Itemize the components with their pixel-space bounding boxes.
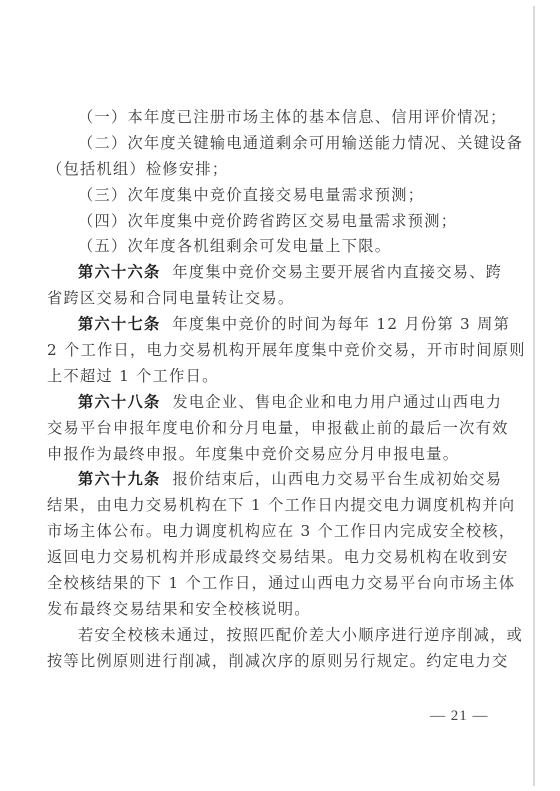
line-text: 报价结束后，山西电力交易平台生成初始交易 [172,470,502,488]
text-line: 省跨区交易和合同电量转让交易。 [47,286,511,312]
line-text: （包括机组）检修安排； [47,160,228,178]
text-line: 发布最终交易结果和安全校核说明。 [47,597,511,623]
text-line: （包括机组）检修安排； [47,157,511,183]
page-edge-divider [533,6,535,786]
text-line: （三）次年度集中竞价直接交易电量需求预测； [47,183,511,209]
text-line: 申报作为最终申报。年度集中竞价交易应分月申报电量。 [47,442,511,468]
article-line: 第六十九条报价结束后，山西电力交易平台生成初始交易 [47,467,511,493]
text-line: 若安全校核未通过，按照匹配价差大小顺序进行逆序削减，或 [47,623,511,649]
text-line: （一）本年度已注册市场主体的基本信息、信用评价情况； [47,105,511,131]
line-text: 省跨区交易和合同电量转让交易。 [47,289,294,307]
document-page: （一）本年度已注册市场主体的基本信息、信用评价情况；（二）次年度关键输电通道剩余… [0,0,533,791]
text-line: 2 个工作日，电力交易机构开展年度集中竞价交易，开市时间原则 [47,338,511,364]
text-line: （二）次年度关键输电通道剩余可用输送能力情况、关键设备 [47,131,511,157]
line-text: 年度集中竞价的时间为每年 12 月份第 3 周第 [172,315,510,333]
line-text: （四）次年度集中竞价跨省跨区交易电量需求预测； [78,212,457,230]
line-text: 结果，由电力交易机构在下 1 个工作日内提交电力调度机构并向 [47,496,515,514]
article-line: 第六十六条年度集中竞价交易主要开展省内直接交易、跨 [47,260,511,286]
line-text: （五）次年度各机组剩余可发电量上下限。 [78,237,391,255]
line-text: （一）本年度已注册市场主体的基本信息、信用评价情况； [78,108,507,126]
line-text: 发布最终交易结果和安全校核说明。 [47,600,311,618]
line-text: 上不超过 1 个工作日。 [47,367,219,385]
line-text: 交易平台申报年度电价和分月电量，申报截止前的最后一次有效 [47,419,509,437]
article-heading: 第六十八条 [78,393,160,411]
text-line: 返回电力交易机构并形成最终交易结果。电力交易机构在收到安 [47,545,511,571]
text-line: 上不超过 1 个工作日。 [47,364,511,390]
line-text: 年度集中竞价交易主要开展省内直接交易、跨 [172,263,502,281]
line-text: 市场主体公布。电力调度机构应在 3 个工作日内完成安全校核， [47,522,515,540]
article-line: 第六十七条年度集中竞价的时间为每年 12 月份第 3 周第 [47,312,511,338]
text-line: 结果，由电力交易机构在下 1 个工作日内提交电力调度机构并向 [47,493,511,519]
line-text: （二）次年度关键输电通道剩余可用输送能力情况、关键设备 [78,134,523,152]
text-line: 全校核结果的下 1 个工作日，通过山西电力交易平台向市场主体 [47,571,511,597]
text-line: 交易平台申报年度电价和分月电量，申报截止前的最后一次有效 [47,416,511,442]
line-text: 申报作为最终申报。年度集中竞价交易应分月申报电量。 [47,445,459,463]
line-text: 若安全校核未通过，按照匹配价差大小顺序进行逆序削减，或 [78,626,523,644]
text-line: （五）次年度各机组剩余可发电量上下限。 [47,234,511,260]
line-text: 全校核结果的下 1 个工作日，通过山西电力交易平台向市场主体 [47,574,515,592]
line-text: 发电企业、售电企业和电力用户通过山西电力 [172,393,502,411]
text-line: （四）次年度集中竞价跨省跨区交易电量需求预测； [47,209,511,235]
line-text: 按等比例原则进行削减，削减次序的原则另行规定。约定电力交 [47,652,509,670]
text-line: 按等比例原则进行削减，削减次序的原则另行规定。约定电力交 [47,649,511,675]
page-number: — 21 — [430,708,489,725]
line-text: 2 个工作日，电力交易机构开展年度集中竞价交易，开市时间原则 [47,341,526,359]
text-line: 市场主体公布。电力调度机构应在 3 个工作日内完成安全校核， [47,519,511,545]
line-text: （三）次年度集中竞价直接交易电量需求预测； [78,186,424,204]
article-line: 第六十八条发电企业、售电企业和电力用户通过山西电力 [47,390,511,416]
article-heading: 第六十七条 [78,315,160,333]
document-body: （一）本年度已注册市场主体的基本信息、信用评价情况；（二）次年度关键输电通道剩余… [47,105,511,675]
article-heading: 第六十九条 [78,470,160,488]
article-heading: 第六十六条 [78,263,160,281]
line-text: 返回电力交易机构并形成最终交易结果。电力交易机构在收到安 [47,548,509,566]
